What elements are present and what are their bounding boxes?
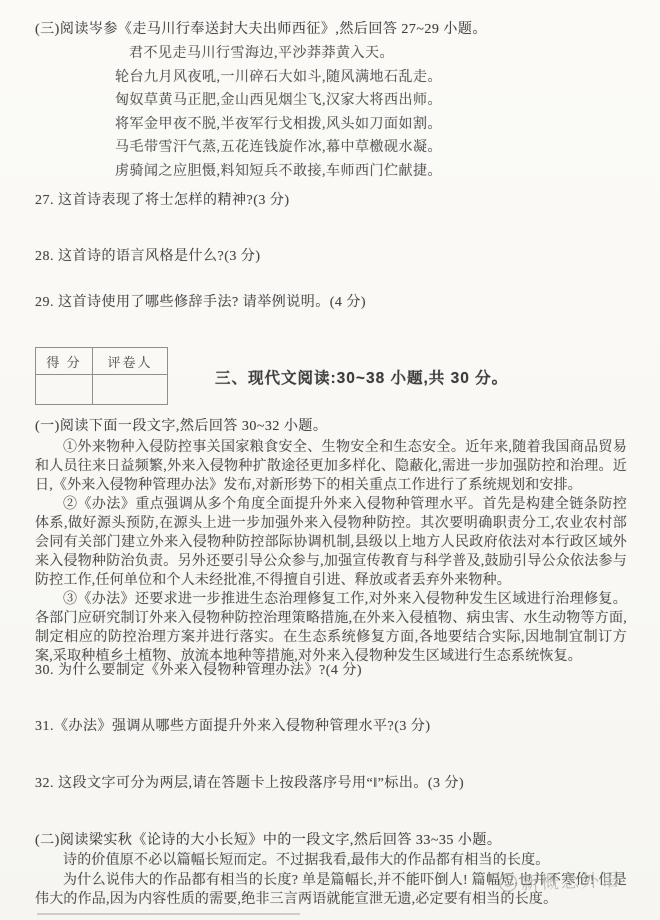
poem-line: 虏骑闻之应胆慑,料知短兵不敢接,车师西门伫献捷。 bbox=[115, 160, 660, 184]
section3-heading: (三)阅读岑参《走马川行奉送封大夫出师西征》,然后回答 27~29 小题。 bbox=[35, 20, 627, 40]
question-32: 32. 这段文字可分为两层,请在答题卡上按段落序号用“‖”标出。(3 分) bbox=[35, 774, 627, 794]
grader-label: 评卷人 bbox=[93, 348, 167, 375]
passage-paragraph-1: ①外来物种入侵防控事关国家粮食安全、生物安全和生态安全。近年来,随着我国商品贸易… bbox=[35, 438, 627, 495]
poem-line: 匈奴草黄马正肥,金山西见烟尘飞,汉家大将西出师。 bbox=[115, 89, 660, 113]
score-empty-cell bbox=[36, 375, 93, 404]
score-box: 得 分 评卷人 bbox=[35, 347, 168, 405]
bottom-partial-rule bbox=[37, 913, 300, 915]
part2-passage: 诗的价值原不必以篇幅长短而定。不过据我看,最伟大的作品都有相当的长度。 为什么说… bbox=[35, 851, 627, 910]
part1-heading: (一)阅读下面一段文字,然后回答 30~32 小题。 bbox=[35, 417, 627, 437]
question-30: 30. 为什么要制定《外来入侵物种管理办法》?(4 分) bbox=[35, 661, 627, 681]
grader-empty-cell bbox=[93, 375, 167, 404]
score-label: 得 分 bbox=[36, 348, 93, 375]
passage-paragraph-2: ②《办法》重点强调从多个角度全面提升外来入侵物种管理水平。首先是构建全链条防控体… bbox=[35, 495, 627, 590]
part2-heading: (二)阅读梁实秋《论诗的大小长短》中的一段文字,然后回答 33~35 小题。 bbox=[35, 831, 627, 851]
part2-paragraph-1: 诗的价值原不必以篇幅长短而定。不过据我看,最伟大的作品都有相当的长度。 bbox=[35, 851, 627, 871]
poem-line: 轮台九月风夜吼,一川碎石大如斗,随风满地石乱走。 bbox=[115, 66, 660, 90]
poem-block: 君不见走马川行雪海边,平沙莽莽黄入天。 轮台九月风夜吼,一川碎石大如斗,随风满地… bbox=[35, 42, 660, 183]
part1-passage: ①外来物种入侵防控事关国家粮食安全、生物安全和生态安全。近年来,随着我国商品贸易… bbox=[35, 438, 627, 666]
section-heading-modern-reading: 三、现代文阅读:30~38 小题,共 30 分。 bbox=[215, 366, 508, 388]
passage-paragraph-3: ③《办法》还要求进一步推进生态治理修复工作,对外来入侵物种发生区域进行治理修复。… bbox=[35, 590, 627, 666]
poem-line: 君不见走马川行雪海边,平沙莽莽黄入天。 bbox=[115, 42, 660, 66]
question-29: 29. 这首诗使用了哪些修辞手法? 请举例说明。(4 分) bbox=[35, 293, 627, 313]
exam-page: (三)阅读岑参《走马川行奉送封大夫出师西征》,然后回答 27~29 小题。 君不… bbox=[0, 0, 660, 920]
poem-line: 马毛带雪汗气蒸,五花连钱旋作冰,幕中草檄砚水凝。 bbox=[115, 136, 660, 160]
question-27: 27. 这首诗表现了将士怎样的精神?(3 分) bbox=[35, 191, 627, 211]
question-28: 28. 这首诗的语言风格是什么?(3 分) bbox=[35, 247, 627, 267]
part2-paragraph-2: 为什么说伟大的作品都有相当的长度? 单是篇幅长,并不能吓倒人! 篇幅短,也并不寒… bbox=[35, 871, 627, 910]
poem-line: 将军金甲夜不脱,半夜军行戈相拨,风头如刀面如割。 bbox=[115, 113, 660, 137]
question-31: 31.《办法》强调从哪些方面提升外来入侵物种管理水平?(3 分) bbox=[35, 717, 627, 737]
